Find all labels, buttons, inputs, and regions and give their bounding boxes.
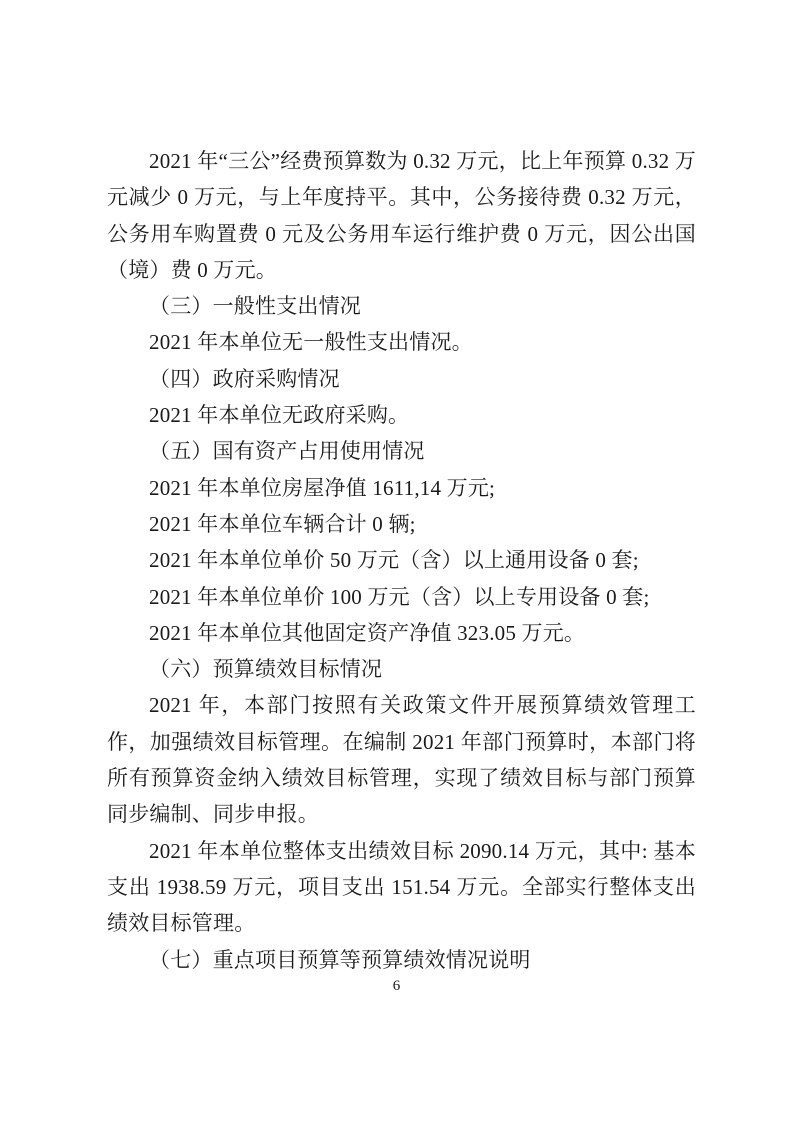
paragraph-section-5-general-equip: 2021 年本单位单价 50 万元（含）以上通用设备 0 套; [107,542,696,578]
paragraph-section-5-special-equip: 2021 年本单位单价 100 万元（含）以上专用设备 0 套; [107,579,696,615]
heading-section-3: （三）一般性支出情况 [107,288,696,324]
page-footer: 6 [0,977,793,995]
heading-section-5: （五）国有资产占用使用情况 [107,433,696,469]
paragraph-section-4: 2021 年本单位无政府采购。 [107,397,696,433]
paragraph-section-3: 2021 年本单位无一般性支出情况。 [107,324,696,360]
paragraph-section-6-management: 2021 年，本部门按照有关政策文件开展预算绩效管理工作，加强绩效目标管理。在编… [107,687,696,832]
paragraph-section-5-vehicles: 2021 年本单位车辆合计 0 辆; [107,506,696,542]
heading-section-6: （六）预算绩效目标情况 [107,651,696,687]
document-page: 2021 年“三公”经费预算数为 0.32 万元，比上年预算 0.32 万元减少… [0,0,793,1122]
heading-section-7: （七）重点项目预算等预算绩效情况说明 [107,942,696,978]
paragraph-section-5-housing: 2021 年本单位房屋净值 1611,14 万元; [107,470,696,506]
paragraph-section-6-targets: 2021 年本单位整体支出绩效目标 2090.14 万元，其中: 基本支出 19… [107,833,696,942]
paragraph-sangong-expenses: 2021 年“三公”经费预算数为 0.32 万元，比上年预算 0.32 万元减少… [107,143,696,288]
page-number: 6 [393,978,401,994]
document-body: 2021 年“三公”经费预算数为 0.32 万元，比上年预算 0.32 万元减少… [107,143,696,978]
heading-section-4: （四）政府采购情况 [107,361,696,397]
paragraph-section-5-other-assets: 2021 年本单位其他固定资产净值 323.05 万元。 [107,615,696,651]
